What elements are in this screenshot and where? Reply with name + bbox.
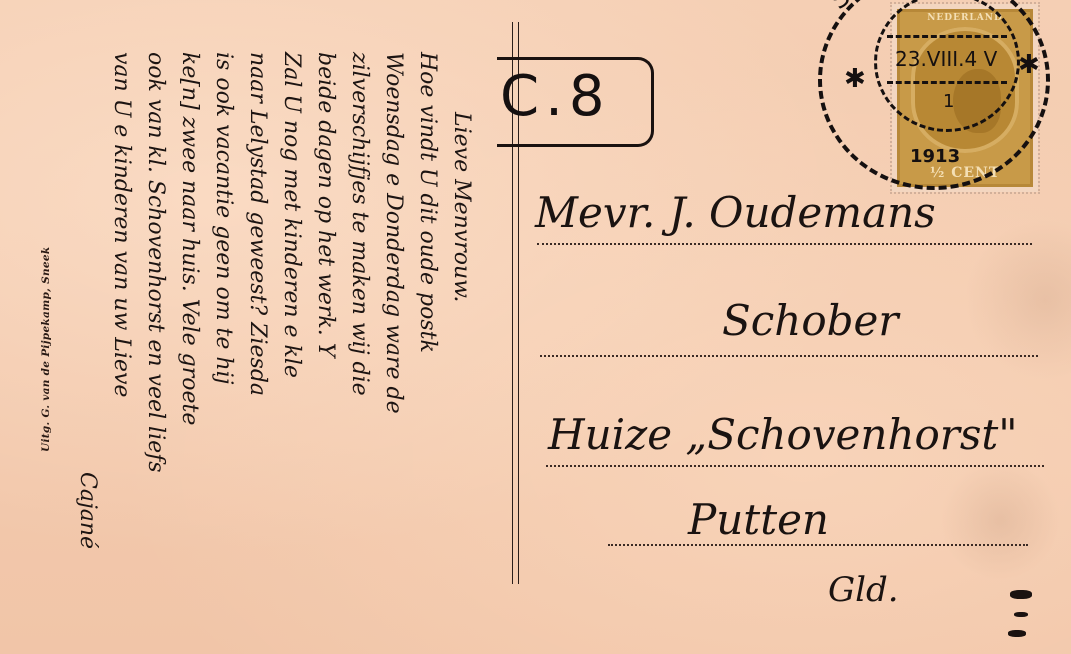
- message-line: Lieve Menvrouw.: [444, 52, 478, 652]
- message-line: is ook vacantie geen om te hij: [206, 52, 240, 652]
- message-line: Hoe vindt U dit oude postk: [410, 52, 444, 652]
- handwritten-message: Lieve Menvrouw. Hoe vindt U dit oude pos…: [70, 52, 478, 652]
- ink-blot: [1010, 590, 1032, 599]
- postmark-town: S: [824, 0, 856, 16]
- message-line: van U e kinderen van uw Lieve: [104, 52, 138, 652]
- ink-blot: [1008, 630, 1026, 637]
- address-town: Putten: [688, 495, 829, 544]
- message-line: ke[n] zwee naar huis. Vele groete: [172, 52, 206, 652]
- message-line: zilverschijfjes te maken wij die: [342, 52, 376, 652]
- address-recipient: Mevr. J. Oudemans: [535, 188, 936, 237]
- address-dotted-line: [540, 355, 1038, 357]
- message-line: Zal U nog met kinderen e kle: [274, 52, 308, 652]
- registration-mark: C.8: [500, 64, 611, 129]
- message-signature: Cajané: [70, 52, 104, 652]
- message-line: ook van kl. Schovenhorst en veel liefs: [138, 52, 172, 652]
- postcard-back: Uitg. G. van de Pijpekamp, Sneek Lieve M…: [0, 0, 1071, 654]
- postmark-number: 1: [943, 91, 954, 112]
- postmark-star-icon: ✱: [1018, 50, 1040, 80]
- address-title: Schober: [722, 296, 898, 345]
- postmark-bar: [887, 35, 1007, 38]
- message-line: naar Lelystad geweest? Ziesda: [240, 52, 274, 652]
- message-line: beide dagen op het werk. Y: [308, 52, 342, 652]
- address-province: Gld.: [828, 570, 899, 610]
- address-dotted-line: [537, 243, 1032, 245]
- ink-blot: [1014, 612, 1028, 617]
- postmark-bar: [887, 81, 1007, 84]
- address-dotted-line: [608, 544, 1028, 546]
- publisher-imprint: Uitg. G. van de Pijpekamp, Sneek: [40, 247, 52, 452]
- address-dotted-line: [546, 465, 1044, 467]
- postmark-year: 1913: [910, 146, 960, 167]
- address-house: Huize „Schovenhorst": [548, 410, 1018, 459]
- postmark-date: 23.VIII.4 V: [895, 47, 997, 71]
- postmark-star-icon: ✱: [844, 64, 866, 94]
- message-line: Woensdag e Donderdag ware de: [376, 52, 410, 652]
- postmark-inner-ring: 23.VIII.4 V 1: [874, 0, 1020, 132]
